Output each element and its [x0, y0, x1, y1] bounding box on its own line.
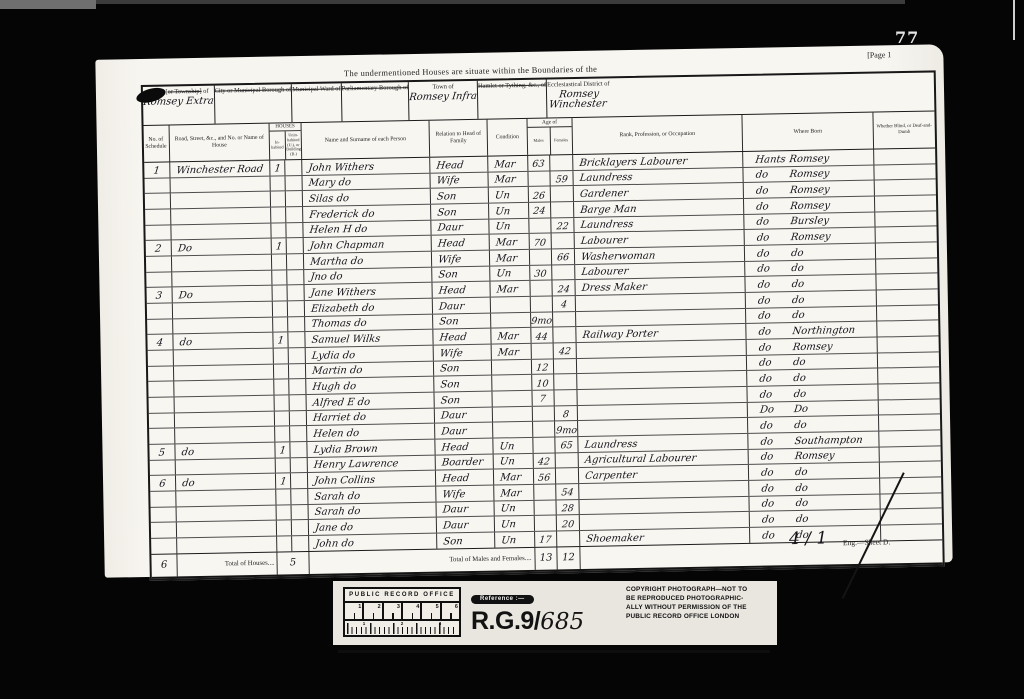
reference-area: Reference :— R.G.9/685	[471, 587, 626, 636]
cell-schedule	[145, 194, 171, 209]
cell-road	[172, 270, 272, 287]
cell-blind-deaf	[878, 336, 939, 352]
cell-road: do	[175, 443, 275, 460]
cell-schedule	[146, 272, 172, 287]
census-table: Parish [or Township] of Romsey Extra Cit…	[141, 70, 945, 580]
cell-name: Jno do	[304, 267, 432, 284]
cell-name: Mary do	[302, 173, 430, 190]
microfilm-background: 77 [Page 1 The undermentioned Houses are…	[0, 0, 1024, 699]
cell-blind-deaf	[876, 242, 937, 258]
cell-occupation: Carpenter	[579, 465, 749, 483]
cell-blind-deaf	[880, 477, 941, 493]
cell-age-female: 24	[552, 280, 575, 295]
cell-occupation	[577, 356, 747, 374]
cell-inhabited: 1	[276, 474, 291, 489]
cell-age-male	[531, 297, 553, 312]
cell-road	[173, 317, 273, 334]
cell-inhabited	[275, 427, 290, 442]
cell-where-born: doSouthampton	[748, 432, 879, 449]
cell-uninhabited	[291, 489, 308, 504]
cell-age-male: 26	[529, 187, 551, 202]
strip-underline	[338, 650, 770, 653]
cell-age-male: 10	[532, 375, 554, 390]
district-cell: Town of Romsey Infra	[409, 81, 478, 120]
cell-name: Henry Lawrence	[308, 455, 436, 472]
cell-schedule	[148, 382, 174, 397]
cell-age-male: 17	[535, 532, 557, 547]
cell-relation: Head	[430, 157, 488, 173]
cell-relation: Wife	[436, 486, 494, 502]
cell-occupation: Laundress	[573, 168, 743, 186]
cell-age-female	[554, 390, 577, 405]
cell-uninhabited	[286, 191, 303, 206]
cell-occupation: Agricultural Labourer	[579, 450, 749, 468]
cell-name: Frederick do	[303, 205, 431, 222]
cell-schedule	[151, 539, 177, 554]
cell-relation: Son	[434, 360, 492, 376]
cell-condition: Un	[493, 438, 533, 453]
cell-where-born: dodo	[749, 463, 880, 480]
film-top-band	[0, 0, 905, 4]
cell-road	[175, 411, 275, 428]
cell-occupation: Barge Man	[574, 199, 744, 217]
cell-condition: Mar	[494, 469, 534, 484]
district-handwritten-value	[342, 93, 409, 94]
cell-condition: Mar	[488, 156, 528, 171]
cell-uninhabited	[289, 364, 306, 379]
cell-schedule	[145, 225, 171, 240]
cell-relation: Daur	[435, 423, 493, 439]
ruler-fine-number: 3	[439, 621, 442, 626]
cell-schedule	[147, 303, 173, 318]
cell-road	[171, 176, 271, 193]
cell-inhabited	[273, 317, 288, 332]
reference-number: R.G.9/685	[471, 607, 626, 636]
cell-occupation	[578, 418, 748, 436]
cell-uninhabited	[291, 473, 308, 488]
cell-inhabited	[271, 192, 286, 207]
district-label: Parliamentary Borough of	[342, 84, 409, 93]
cell-age-male: 42	[534, 453, 556, 468]
cell-uninhabited	[289, 379, 306, 394]
pro-office-label: PUBLIC RECORD OFFICE	[345, 589, 459, 603]
totals-schedule: 6	[151, 554, 177, 576]
cell-age-male	[529, 218, 551, 233]
cell-occupation: Washerwoman	[575, 246, 745, 264]
cell-age-male	[534, 485, 556, 500]
cell-uninhabited	[286, 207, 303, 222]
census-rows: 1 Winchester Road 1 John Withers Head Ma…	[144, 148, 942, 553]
totals-females-value: 12	[557, 547, 580, 569]
film-edge-line	[1013, 0, 1015, 40]
cell-age-female	[553, 312, 576, 327]
cell-uninhabited	[292, 520, 309, 535]
cell-name: John Chapman	[304, 236, 432, 253]
cell-condition: Un	[495, 532, 535, 547]
cell-age-male	[535, 516, 557, 531]
cell-relation: Son	[431, 188, 489, 204]
district-handwritten-value	[292, 94, 340, 95]
cell-condition	[492, 391, 532, 406]
cell-name: John Withers	[302, 158, 430, 175]
cell-blind-deaf	[878, 383, 939, 399]
copyright-line: BE REPRODUCED PHOTOGRAPHIC-	[626, 595, 770, 604]
cell-inhabited	[277, 536, 292, 551]
district-cell: Hamlet or Tything, &c., of	[478, 80, 548, 119]
cell-age-female: 22	[551, 218, 574, 233]
cell-inhabited	[277, 505, 292, 520]
cell-name: Martha do	[304, 252, 432, 269]
ruler-number: 3	[384, 603, 403, 619]
totals-houses-label: Total of Houses....	[177, 552, 277, 576]
cell-uninhabited	[292, 505, 309, 520]
district-label: City or Municipal Borough of	[214, 86, 291, 95]
cell-age-male: 70	[530, 234, 552, 249]
cell-schedule	[149, 429, 175, 444]
cell-uninhabited	[287, 270, 304, 285]
cell-age-male	[532, 344, 554, 359]
cell-inhabited: 1	[270, 160, 285, 175]
cell-inhabited	[272, 270, 287, 285]
cell-road	[171, 208, 271, 225]
cell-age-female: 59	[550, 171, 573, 186]
cell-age-female: 28	[556, 500, 579, 515]
cell-uninhabited	[288, 317, 305, 332]
district-cell: Ecclesiastical District of Romsey Winche…	[547, 78, 610, 117]
cell-road	[171, 192, 271, 209]
pro-ruler: PUBLIC RECORD OFFICE 123456 123	[343, 587, 461, 637]
cell-where-born: doBursley	[744, 212, 875, 229]
cell-blind-deaf	[880, 446, 941, 462]
cell-blind-deaf	[877, 305, 938, 321]
district-cell: Parliamentary Borough of	[341, 82, 409, 121]
cell-blind-deaf	[876, 258, 937, 274]
header-blind-deaf: Whether Blind, or Deaf-and-Dumb	[873, 111, 935, 148]
cell-blind-deaf	[877, 321, 938, 337]
cell-where-born: doRomsey	[743, 165, 874, 182]
cell-blind-deaf	[874, 148, 935, 164]
cell-relation: Son	[433, 313, 491, 329]
cell-uninhabited	[292, 536, 309, 551]
cell-where-born: dodo	[745, 244, 876, 261]
cell-name: Thomas do	[305, 314, 433, 331]
cell-schedule: 1	[144, 162, 170, 177]
cell-age-male	[528, 171, 550, 186]
cell-age-female: 8	[555, 406, 578, 421]
cell-age-female: 20	[557, 515, 580, 530]
reference-label-chip: Reference :—	[471, 595, 534, 604]
reference-piece-number: 685	[540, 609, 584, 635]
cell-condition	[491, 297, 531, 312]
cell-name: Martin do	[306, 361, 434, 378]
cell-age-female	[556, 468, 579, 483]
district-handwritten-value: Romsey Winchester	[546, 89, 611, 110]
cell-blind-deaf	[880, 462, 941, 478]
cell-occupation: Dress Maker	[575, 277, 745, 295]
cell-occupation	[578, 403, 748, 421]
cell-where-born: dodo	[745, 275, 876, 292]
cell-age-male: 24	[529, 203, 551, 218]
cell-name: Lydia Brown	[307, 440, 435, 457]
cell-uninhabited	[287, 238, 304, 253]
cell-schedule	[149, 397, 175, 412]
cell-uninhabited	[285, 176, 302, 191]
cell-condition	[491, 313, 531, 328]
cell-schedule	[145, 178, 171, 193]
cell-relation: Daur	[435, 407, 493, 423]
cell-relation: Daur	[431, 219, 489, 235]
cell-where-born: dodo	[747, 369, 878, 386]
cell-inhabited	[272, 286, 287, 301]
cell-condition	[493, 422, 533, 437]
cell-name: Jane do	[309, 518, 437, 535]
cell-condition: Mar	[490, 234, 530, 249]
cell-relation: Head	[432, 235, 490, 251]
cell-inhabited	[275, 395, 290, 410]
cell-schedule	[149, 413, 175, 428]
cell-blind-deaf	[879, 430, 940, 446]
cell-road	[175, 396, 275, 413]
cell-age-male: 44	[531, 328, 553, 343]
census-sheet: [Page 1 The undermentioned Houses are si…	[95, 44, 952, 577]
cell-age-male	[533, 422, 555, 437]
cell-age-female: 9mo	[555, 421, 578, 436]
cell-blind-deaf	[875, 195, 936, 211]
cell-condition: Un	[489, 203, 529, 218]
district-label: Ecclesiastical District of	[547, 80, 610, 89]
cell-occupation: Bricklayers Labourer	[573, 152, 743, 170]
cell-blind-deaf	[875, 180, 936, 196]
cell-road	[174, 349, 274, 366]
cell-road	[176, 458, 276, 475]
cell-relation: Head	[432, 282, 490, 298]
cell-blind-deaf	[878, 352, 939, 368]
cell-uninhabited	[287, 285, 304, 300]
ruler-number: 2	[364, 603, 383, 619]
cell-relation: Boarder	[436, 454, 494, 470]
district-cell: City or Municipal Borough of	[214, 84, 292, 123]
cell-road	[177, 521, 277, 538]
cell-schedule: 3	[147, 288, 173, 303]
district-label: Municipal Ward of	[292, 85, 340, 94]
cell-where-born: dodo	[747, 353, 878, 370]
district-cell: Municipal Ward of	[292, 83, 342, 122]
cell-schedule: 6	[150, 476, 176, 491]
cell-where-born: dodo	[748, 416, 879, 433]
totals-males-value: 13	[535, 547, 557, 569]
cell-name: John Collins	[308, 471, 436, 488]
cell-inhabited	[271, 223, 286, 238]
cell-relation: Daur	[436, 501, 494, 517]
cell-occupation	[577, 387, 747, 405]
cell-blind-deaf	[878, 368, 939, 384]
cell-age-female	[556, 453, 579, 468]
cell-where-born: dodo	[746, 291, 877, 308]
cell-name: Lydia do	[306, 346, 434, 363]
cell-name: Sarah do	[308, 487, 436, 504]
reference-prefix: R.G.9/	[471, 607, 540, 635]
cell-age-female	[554, 374, 577, 389]
cell-age-female	[557, 531, 580, 546]
header-age-group: Age of Males Females	[527, 118, 573, 155]
cell-uninhabited	[285, 160, 302, 175]
copyright-line: COPYRIGHT PHOTOGRAPH—NOT TO	[626, 586, 770, 595]
cell-name: Samuel Wilks	[305, 330, 433, 347]
cell-age-female	[552, 265, 575, 280]
cell-where-born: doRomsey	[744, 181, 875, 198]
cell-age-male: 7	[532, 391, 554, 406]
cell-relation: Son	[432, 266, 490, 282]
cell-uninhabited	[290, 411, 307, 426]
cell-blind-deaf	[874, 164, 935, 180]
cell-relation: Wife	[432, 251, 490, 267]
cell-schedule: 4	[147, 335, 173, 350]
cell-occupation: Laundress	[578, 434, 748, 452]
cell-name: Helen H do	[303, 220, 431, 237]
cell-age-female: 4	[553, 296, 576, 311]
cell-inhabited	[274, 348, 289, 363]
cell-schedule	[151, 523, 177, 538]
copyright-notice: COPYRIGHT PHOTOGRAPH—NOT TOBE REPRODUCED…	[626, 586, 770, 622]
header-houses-group: HOUSES In-habited Unin-habited (U.), or …	[270, 123, 303, 160]
cell-road	[173, 302, 273, 319]
cell-age-male	[533, 406, 555, 421]
cell-condition	[493, 407, 533, 422]
cell-condition: Mar	[490, 281, 530, 296]
cell-where-born: dodo	[745, 259, 876, 276]
cell-age-male: 63	[528, 155, 550, 170]
cell-condition: Mar	[491, 328, 531, 343]
cell-blind-deaf	[877, 289, 938, 305]
handwritten-annotation: 4 / 1	[789, 530, 827, 548]
cell-inhabited	[272, 254, 287, 269]
cell-occupation	[580, 512, 750, 530]
header-uninhabited: Unin-habited (U.), or Building (B.)	[286, 131, 302, 159]
cell-schedule	[148, 366, 174, 381]
cell-name: Elizabeth do	[305, 299, 433, 316]
cell-relation: Wife	[430, 172, 488, 188]
film-top-left-band	[0, 0, 96, 9]
cell-name: Sarah do	[309, 502, 437, 519]
cell-occupation	[579, 497, 749, 515]
cell-where-born: dodo	[749, 479, 880, 496]
cell-road: Do	[173, 286, 273, 303]
cell-relation: Head	[433, 329, 491, 345]
cell-name: Jane Withers	[304, 283, 432, 300]
cell-where-born: dodo	[749, 494, 880, 511]
cell-road	[176, 490, 276, 507]
cell-age-female	[552, 233, 575, 248]
cell-age-female: 66	[552, 249, 575, 264]
cell-age-male: 30	[530, 265, 552, 280]
cell-condition: Un	[494, 454, 534, 469]
cell-inhabited	[273, 301, 288, 316]
cell-condition: Un	[495, 516, 535, 531]
cell-age-female	[551, 202, 574, 217]
cell-blind-deaf	[879, 399, 940, 415]
cell-road: do	[173, 333, 273, 350]
cell-condition: Mar	[490, 250, 530, 265]
ruler-inch-scale: 123456	[345, 603, 459, 621]
district-label: Hamlet or Tything, &c., of	[478, 82, 546, 91]
cell-road	[174, 380, 274, 397]
cell-inhabited	[276, 458, 291, 473]
cell-relation: Son	[437, 533, 495, 549]
cell-road: do	[176, 474, 276, 491]
district-handwritten-value: Romsey Infra	[409, 91, 478, 102]
cell-where-born: HantsRomsey	[743, 150, 874, 167]
cell-uninhabited	[290, 442, 307, 457]
ruler-number: 1	[345, 603, 364, 619]
cell-uninhabited	[288, 332, 305, 347]
cell-uninhabited	[289, 348, 306, 363]
cell-relation: Head	[436, 470, 494, 486]
header-age-females: Females	[550, 127, 572, 154]
cell-road: Do	[172, 239, 272, 256]
cell-where-born: doRomsey	[744, 197, 875, 214]
cell-age-male	[534, 500, 556, 515]
cell-schedule	[150, 460, 176, 475]
district-handwritten-value	[215, 95, 292, 96]
cell-where-born: dodo	[750, 510, 881, 527]
cell-inhabited: 1	[272, 239, 287, 254]
cell-road	[171, 223, 271, 240]
cell-inhabited	[277, 521, 292, 536]
header-inhabited: In-habited	[270, 131, 287, 159]
header-age-males: Males	[528, 127, 551, 154]
cell-inhabited: 1	[273, 333, 288, 348]
cell-inhabited	[275, 411, 290, 426]
cell-condition: Mar	[494, 485, 534, 500]
cell-occupation: Laundress	[574, 215, 744, 233]
header-name: Name and Surname of each Person	[302, 121, 431, 159]
cell-name: Alfred E do	[307, 393, 435, 410]
cell-where-born: DoDo	[748, 400, 879, 417]
cell-age-male: 9mo	[531, 312, 553, 327]
header-where-born: Where Born	[742, 113, 874, 151]
cell-blind-deaf	[881, 509, 942, 525]
cell-road	[175, 427, 275, 444]
cell-relation: Wife	[434, 345, 492, 361]
cell-where-born: doRomsey	[747, 338, 878, 355]
cell-age-female: 65	[555, 437, 578, 452]
cell-schedule	[150, 492, 176, 507]
ruler-number: 5	[422, 603, 441, 619]
cell-relation: Son	[431, 204, 489, 220]
cell-uninhabited	[290, 426, 307, 441]
cell-age-female: 54	[556, 484, 579, 499]
cell-condition	[492, 375, 532, 390]
cell-name: Silas do	[303, 189, 431, 206]
cell-schedule: 2	[146, 241, 172, 256]
cell-uninhabited	[286, 223, 303, 238]
cell-occupation	[579, 481, 749, 499]
cell-occupation: Labourer	[575, 230, 745, 248]
cell-age-male: 12	[532, 359, 554, 374]
cell-occupation	[577, 340, 747, 358]
cell-occupation: Railway Porter	[576, 324, 746, 342]
cell-inhabited	[274, 380, 289, 395]
header-condition: Condition	[487, 119, 528, 156]
cell-where-born: dodo	[747, 385, 878, 402]
header-road: Road, Street, &c., and No. or Name of Ho…	[170, 124, 271, 162]
cell-uninhabited	[288, 301, 305, 316]
cell-age-female	[551, 186, 574, 201]
header-occupation: Rank, Profession, or Occupation	[572, 115, 743, 154]
cell-road	[177, 505, 277, 522]
cell-age-male	[533, 438, 555, 453]
cell-occupation: Labourer	[575, 262, 745, 280]
